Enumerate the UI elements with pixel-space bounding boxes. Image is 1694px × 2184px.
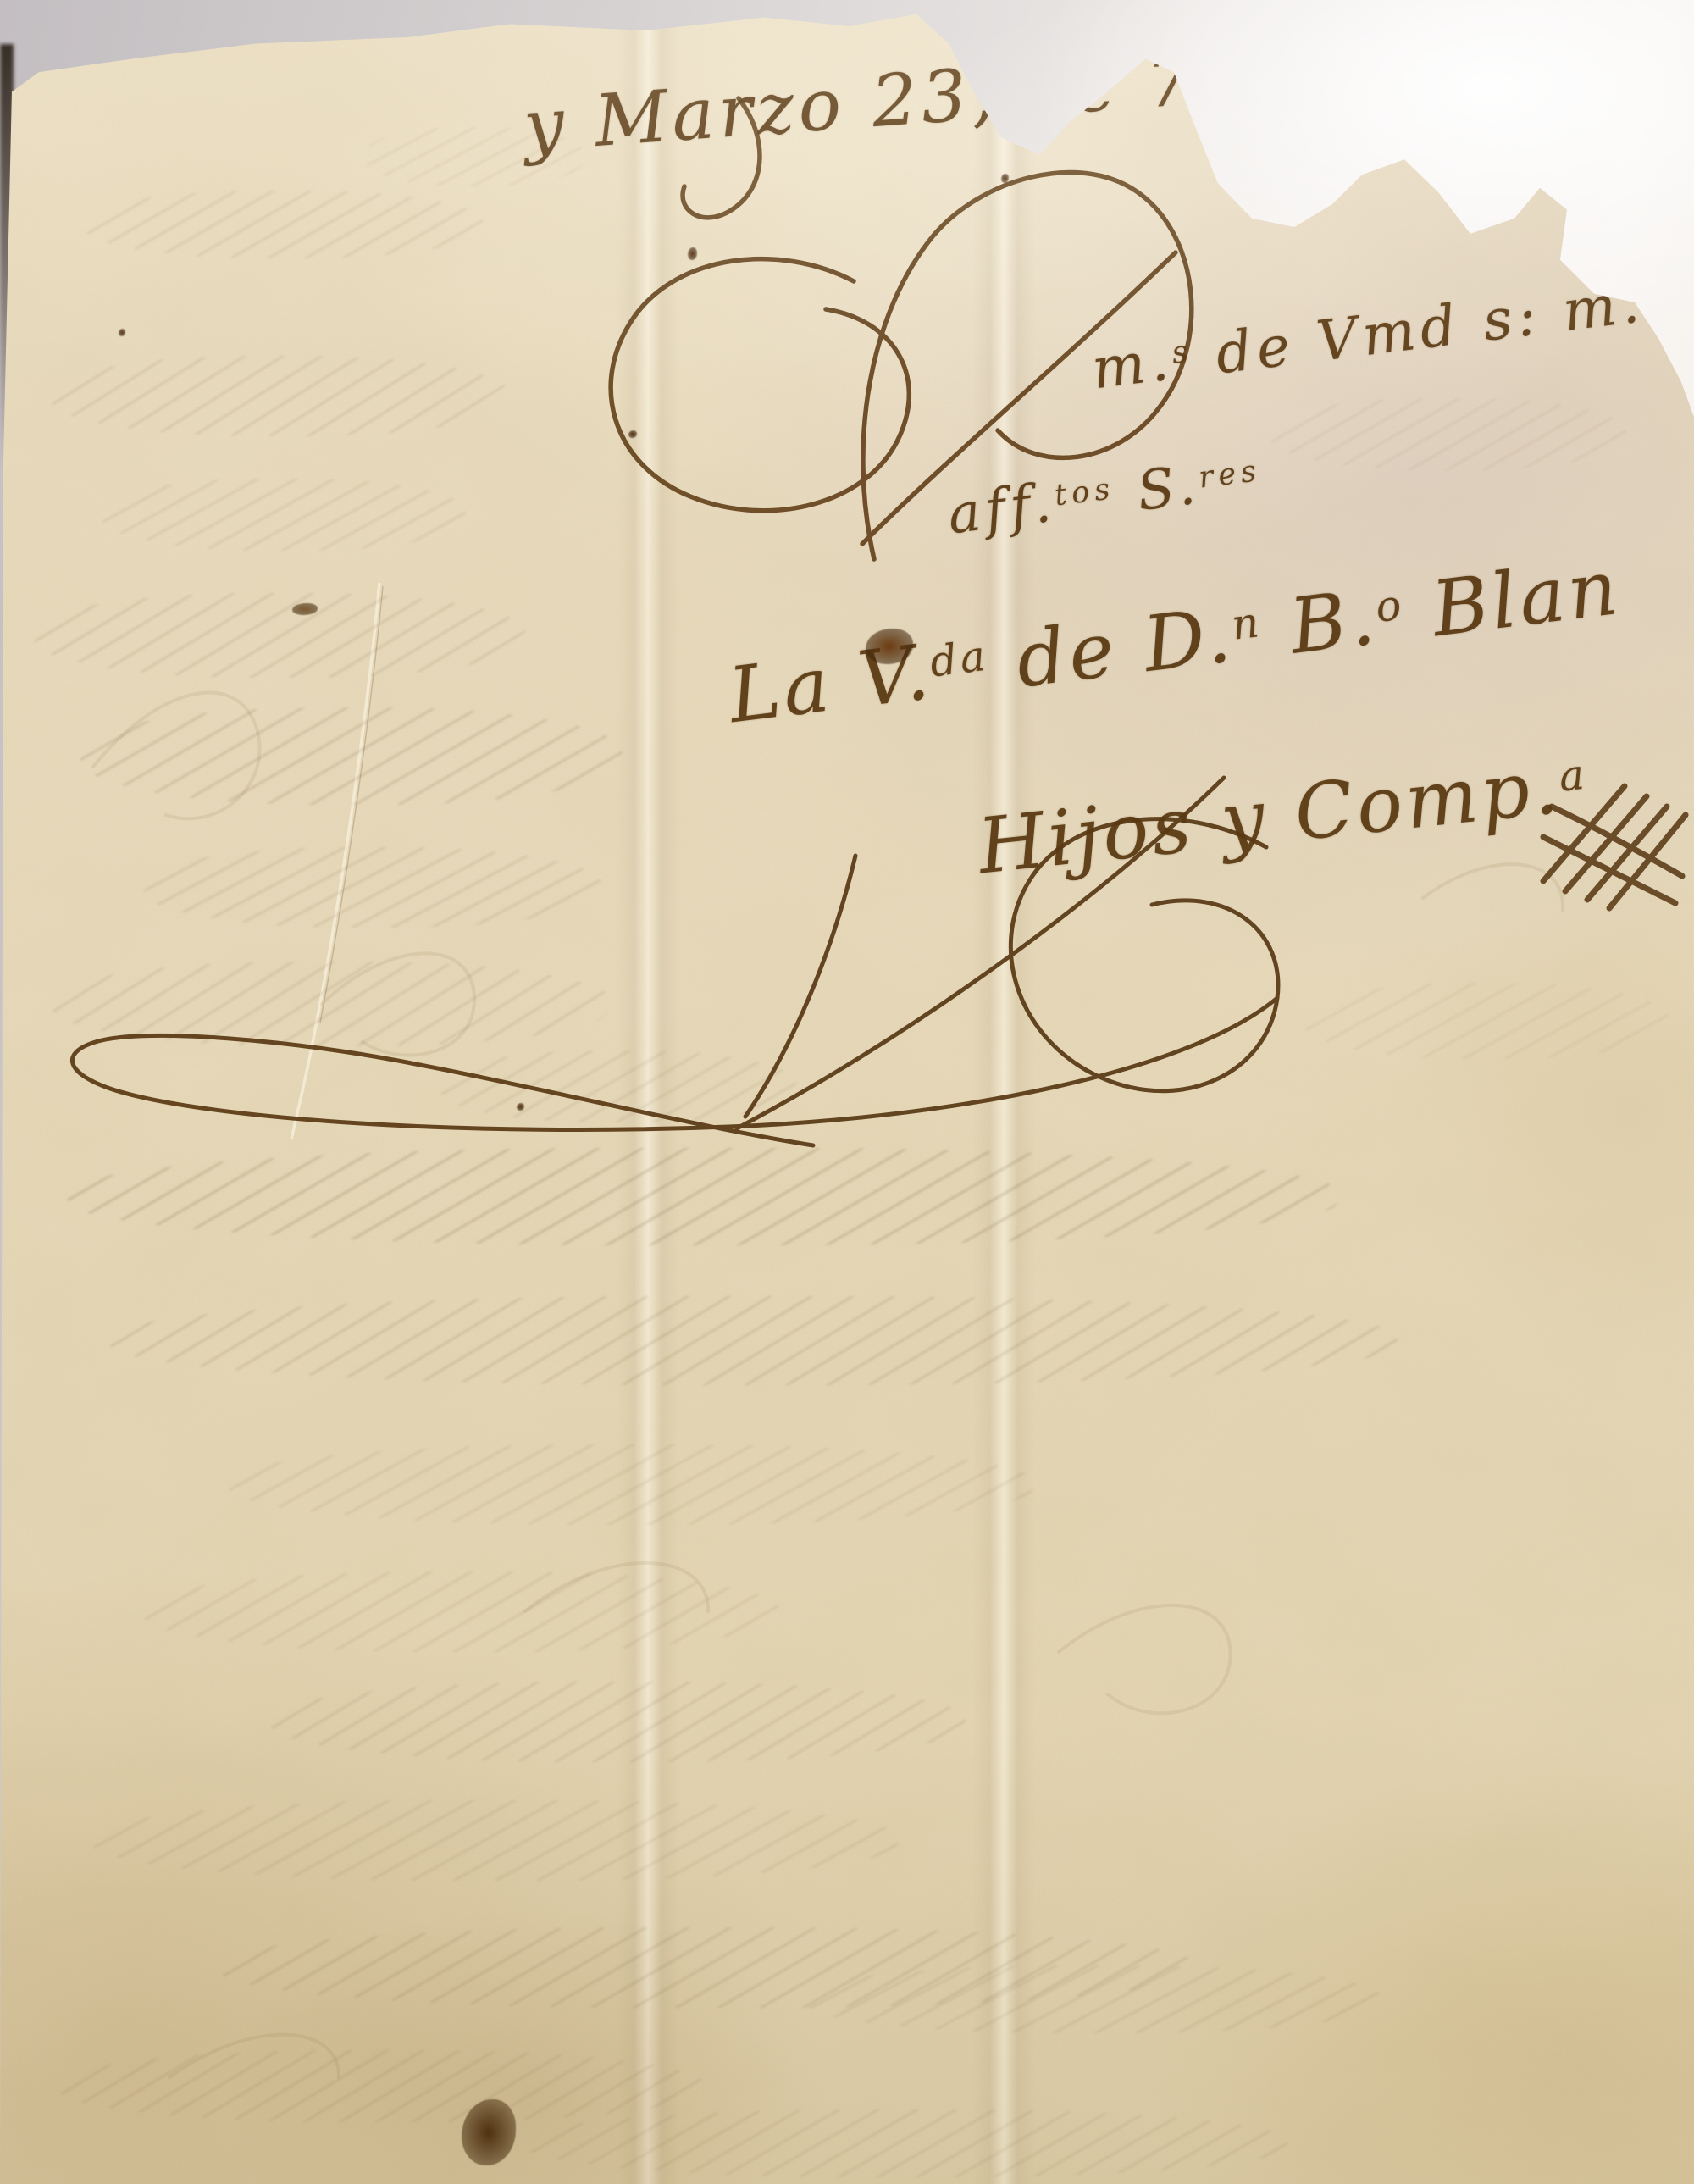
ink-blot (517, 1103, 524, 1111)
ink-blot (688, 247, 697, 260)
ink-blot (462, 2099, 516, 2165)
manuscript-photo: y Marzo 23, de 75…m.s de Vmd s: m.aff.to… (0, 0, 1694, 2184)
ink-marks-layer (0, 0, 1694, 2184)
manuscript-sheet: y Marzo 23, de 75…m.s de Vmd s: m.aff.to… (0, 0, 1694, 2184)
ink-blot (866, 629, 913, 664)
ink-blot (292, 603, 318, 615)
ink-blot (1001, 174, 1009, 183)
ink-blot (628, 430, 637, 438)
ink-blot (119, 329, 125, 336)
